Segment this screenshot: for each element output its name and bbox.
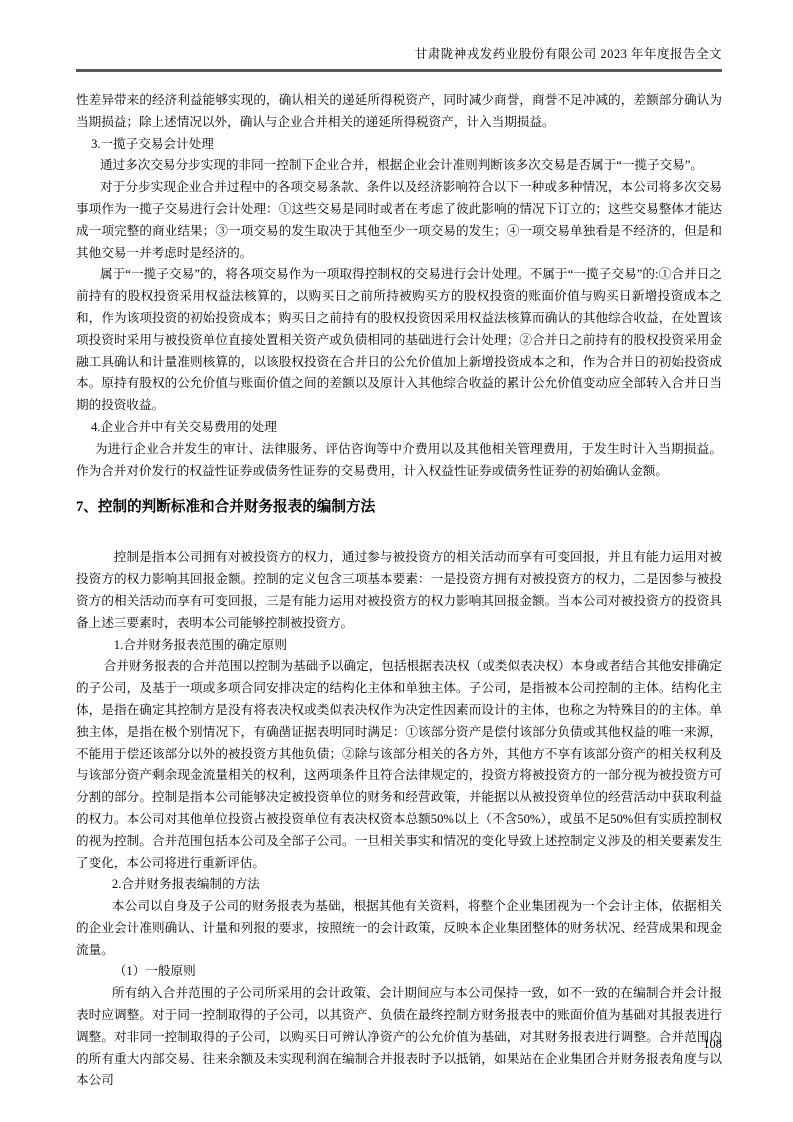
paragraph-consolidation-scope: 合并财务报表的合并范围以控制为基础予以确定，包括根据表决权（或类似表决权）本身或… [76,656,722,874]
heading-consolidation-scope: 1.合并财务报表范围的确定原则 [76,635,722,657]
paragraph-consolidation-basis: 本公司以自身及子公司的财务报表为基础，根据其他有关资料，将整个企业集团视为一个会… [76,896,722,961]
paragraph-deferred-tax-continuation: 性差异带来的经济利益能够实现的，确认相关的递延所得税资产，同时减少商誉，商誉不足… [76,90,722,134]
report-page: 甘肃陇神戎发药业股份有限公司 2023 年年度报告全文 性差异带来的经济利益能够… [0,0,793,1122]
paragraph-general-principles: 所有纳入合并范围的子公司所采用的会计政策、会计期间应与本公司保持一致，如不一致的… [76,983,722,1092]
paragraph-package-deal-criteria: 对于分步实现企业合并过程中的各项交易条款、条件以及经济影响符合以下一种或多种情况… [76,177,722,264]
header-rule [76,69,722,72]
document-body: 性差异带来的经济利益能够实现的，确认相关的递延所得税资产，同时减少商誉，商誉不足… [76,90,722,1092]
heading-consolidation-method: 2.合并财务报表编制的方法 [76,874,722,896]
page-header: 甘肃陇神戎发药业股份有限公司 2023 年年度报告全文 [76,46,722,72]
page-number: 108 [703,1036,722,1052]
heading-merger-transaction-fees: 4.企业合并中有关交易费用的处理 [76,417,722,439]
paragraph-package-deal-treatment: 属于“一揽子交易”的，将各项交易作为一项取得控制权的交易进行会计处理。不属于“一… [76,264,722,417]
heading-package-deal-accounting: 3.一揽子交易会计处理 [76,134,722,156]
section-heading-control-standards: 7、控制的判断标准和合并财务报表的编制方法 [76,496,722,518]
heading-general-principles: （1）一般原则 [76,961,722,983]
header-title: 甘肃陇神戎发药业股份有限公司 2023 年年度报告全文 [76,46,722,62]
paragraph-merger-transaction-fees: 为进行企业合并发生的审计、法律服务、评估咨询等中介费用以及其他相关管理费用，于发… [76,439,722,483]
paragraph-control-definition: 控制是指本公司拥有对被投资方的权力，通过参与被投资方的相关活动而享有可变回报，并… [76,547,722,634]
paragraph-package-deal-judgment: 通过多次交易分步实现的非同一控制下企业合并，根据企业会计准则判断该多次交易是否属… [76,155,722,177]
